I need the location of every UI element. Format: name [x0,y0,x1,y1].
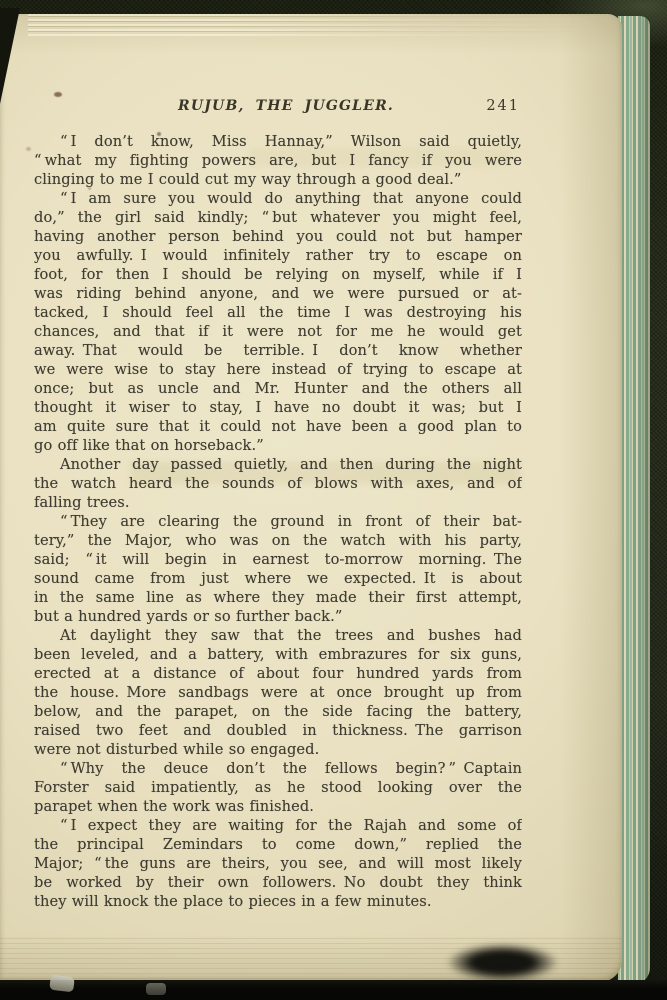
metal-clip [49,975,75,993]
running-title: RUJUB, THE JUGGLER. [42,98,530,114]
text-line: chances, and that if it were not for me … [34,322,522,341]
page-fore-edges [618,16,650,984]
text-line: At daylight they saw that the trees and … [34,626,522,645]
text-line: “ I don’t know, Miss Hannay,” Wilson sai… [34,132,522,151]
text-line: parapet when the work was finished. [34,797,522,816]
page-header: RUJUB, THE JUGGLER. 241 [34,98,522,116]
foxing-speck [88,187,91,190]
page-number: 241 [486,98,520,114]
text-line: tacked, I should feel all the time I was… [34,303,522,322]
text-line: the principal Zemindars to come down,” r… [34,835,522,854]
text-line: Major; “ the guns are theirs, you see, a… [34,854,522,873]
text-line: go off like that on horseback.” [34,436,522,455]
book-page: RUJUB, THE JUGGLER. 241 “ I don’t know, … [0,14,622,982]
text-line: said; “ it will begin in earnest to-morr… [34,550,522,569]
text-line: be worked by their own followers. No dou… [34,873,522,892]
text-line: in the same line as where they made thei… [34,588,522,607]
page-text-block: RUJUB, THE JUGGLER. 241 “ I don’t know, … [34,98,522,911]
foxing-speck [157,132,161,136]
paragraph: “ Why the deuce don’t the fellows begin?… [34,759,522,816]
text-line: Forster said impatiently, as he stood lo… [34,778,522,797]
text-line: you awfully. I would infinitely rather t… [34,246,522,265]
foxing-speck [54,92,62,97]
paragraph: “ I don’t know, Miss Hannay,” Wilson sai… [34,132,522,189]
text-line: having another person behind you could n… [34,227,522,246]
text-line: been leveled, and a battery, with embraz… [34,645,522,664]
paragraph: “ I am sure you would do anything that a… [34,189,522,455]
text-line: once; but as uncle and Mr. Hunter and th… [34,379,522,398]
text-line: Another day passed quietly, and then dur… [34,455,522,474]
paragraph: At daylight they saw that the trees and … [34,626,522,759]
text-line: we were wise to stay here instead of try… [34,360,522,379]
text-line: do,” the girl said kindly; “ but whateve… [34,208,522,227]
text-line: “ Why the deuce don’t the fellows begin?… [34,759,522,778]
bottom-right-shadow [420,934,570,986]
text-line: but a hundred yards or so further back.” [34,607,522,626]
text-line: foot, for then I should be relying on my… [34,265,522,284]
text-line: clinging to me I could cut my way throug… [34,170,522,189]
text-line: “ They are clearing the ground in front … [34,512,522,531]
text-line: the watch heard the sounds of blows with… [34,474,522,493]
paragraph: “ They are clearing the ground in front … [34,512,522,626]
text-line: falling trees. [34,493,522,512]
text-line: thought it wiser to stay, I have no doub… [34,398,522,417]
text-line: the house. More sandbags were at once br… [34,683,522,702]
text-line: was riding behind anyone, and we were pu… [34,284,522,303]
text-line: “ I expect they are waiting for the Raja… [34,816,522,835]
text-line: raised two feet and doubled in thickness… [34,721,522,740]
text-line: they will knock the place to pieces in a… [34,892,522,911]
paragraph: Another day passed quietly, and then dur… [34,455,522,512]
text-line: erected at a distance of about four hund… [34,664,522,683]
page-stack-top-edges [28,14,588,36]
metal-clip [146,983,166,995]
text-line: tery,” the Major, who was on the watch w… [34,531,522,550]
text-line: am quite sure that it could not have bee… [34,417,522,436]
text-line: away. That would be terrible. I don’t kn… [34,341,522,360]
text-line: were not disturbed while so engaged. [34,740,522,759]
text-line: “ I am sure you would do anything that a… [34,189,522,208]
foxing-speck [26,147,31,151]
text-line: sound came from just where we expected. … [34,569,522,588]
text-line: “ what my fighting powers are, but I fan… [34,151,522,170]
paragraph: “ I expect they are waiting for the Raja… [34,816,522,911]
book-photograph: RUJUB, THE JUGGLER. 241 “ I don’t know, … [0,0,667,1000]
text-line: below, and the parapet, on the side faci… [34,702,522,721]
page-body: “ I don’t know, Miss Hannay,” Wilson sai… [34,132,522,911]
